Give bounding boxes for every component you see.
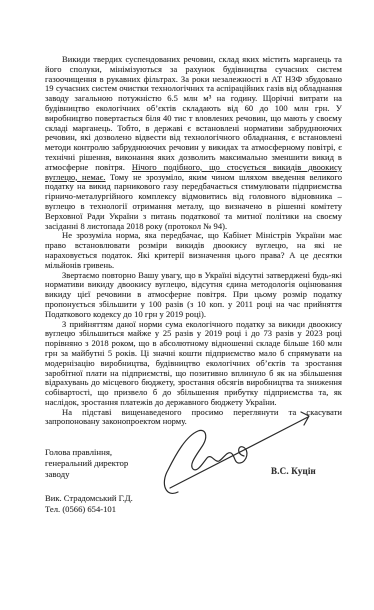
paragraph-1-continued: Тому не зрозуміло, яким чином шляхом вве… [45,172,342,231]
signer-title-line-1: Голова правління, [45,447,128,458]
paragraph-3: Звертаємо повторно Вашу увагу, що в Укра… [45,271,342,320]
letter-body: Викиди твердих суспендованих речовин, ск… [45,55,342,427]
signature-block: Голова правління, генеральний директор з… [45,447,128,480]
paragraph-1-text: Викиди твердих суспендованих речовин, ск… [45,54,342,172]
executor-line: Вик. Страдомський Г.Д. [45,493,133,504]
signature-scribble [148,404,324,498]
paragraph-1: Викиди твердих суспендованих речовин, ск… [45,55,342,231]
paragraph-4: З прийняттям даної норми сума екологічно… [45,320,342,408]
phone-line: Тел. (0566) 654-101 [45,504,133,515]
signer-name: В.С. Куцін [271,466,316,476]
paragraph-2: Не зрозуміла норма, яка передбачає, що К… [45,231,342,270]
signer-title-line-3: заводу [45,469,128,480]
document-page: Викиди твердих суспендованих речовин, ск… [0,0,374,610]
footer-block: Вик. Страдомський Г.Д. Тел. (0566) 654-1… [45,493,133,515]
signer-title-line-2: генеральний директор [45,458,128,469]
